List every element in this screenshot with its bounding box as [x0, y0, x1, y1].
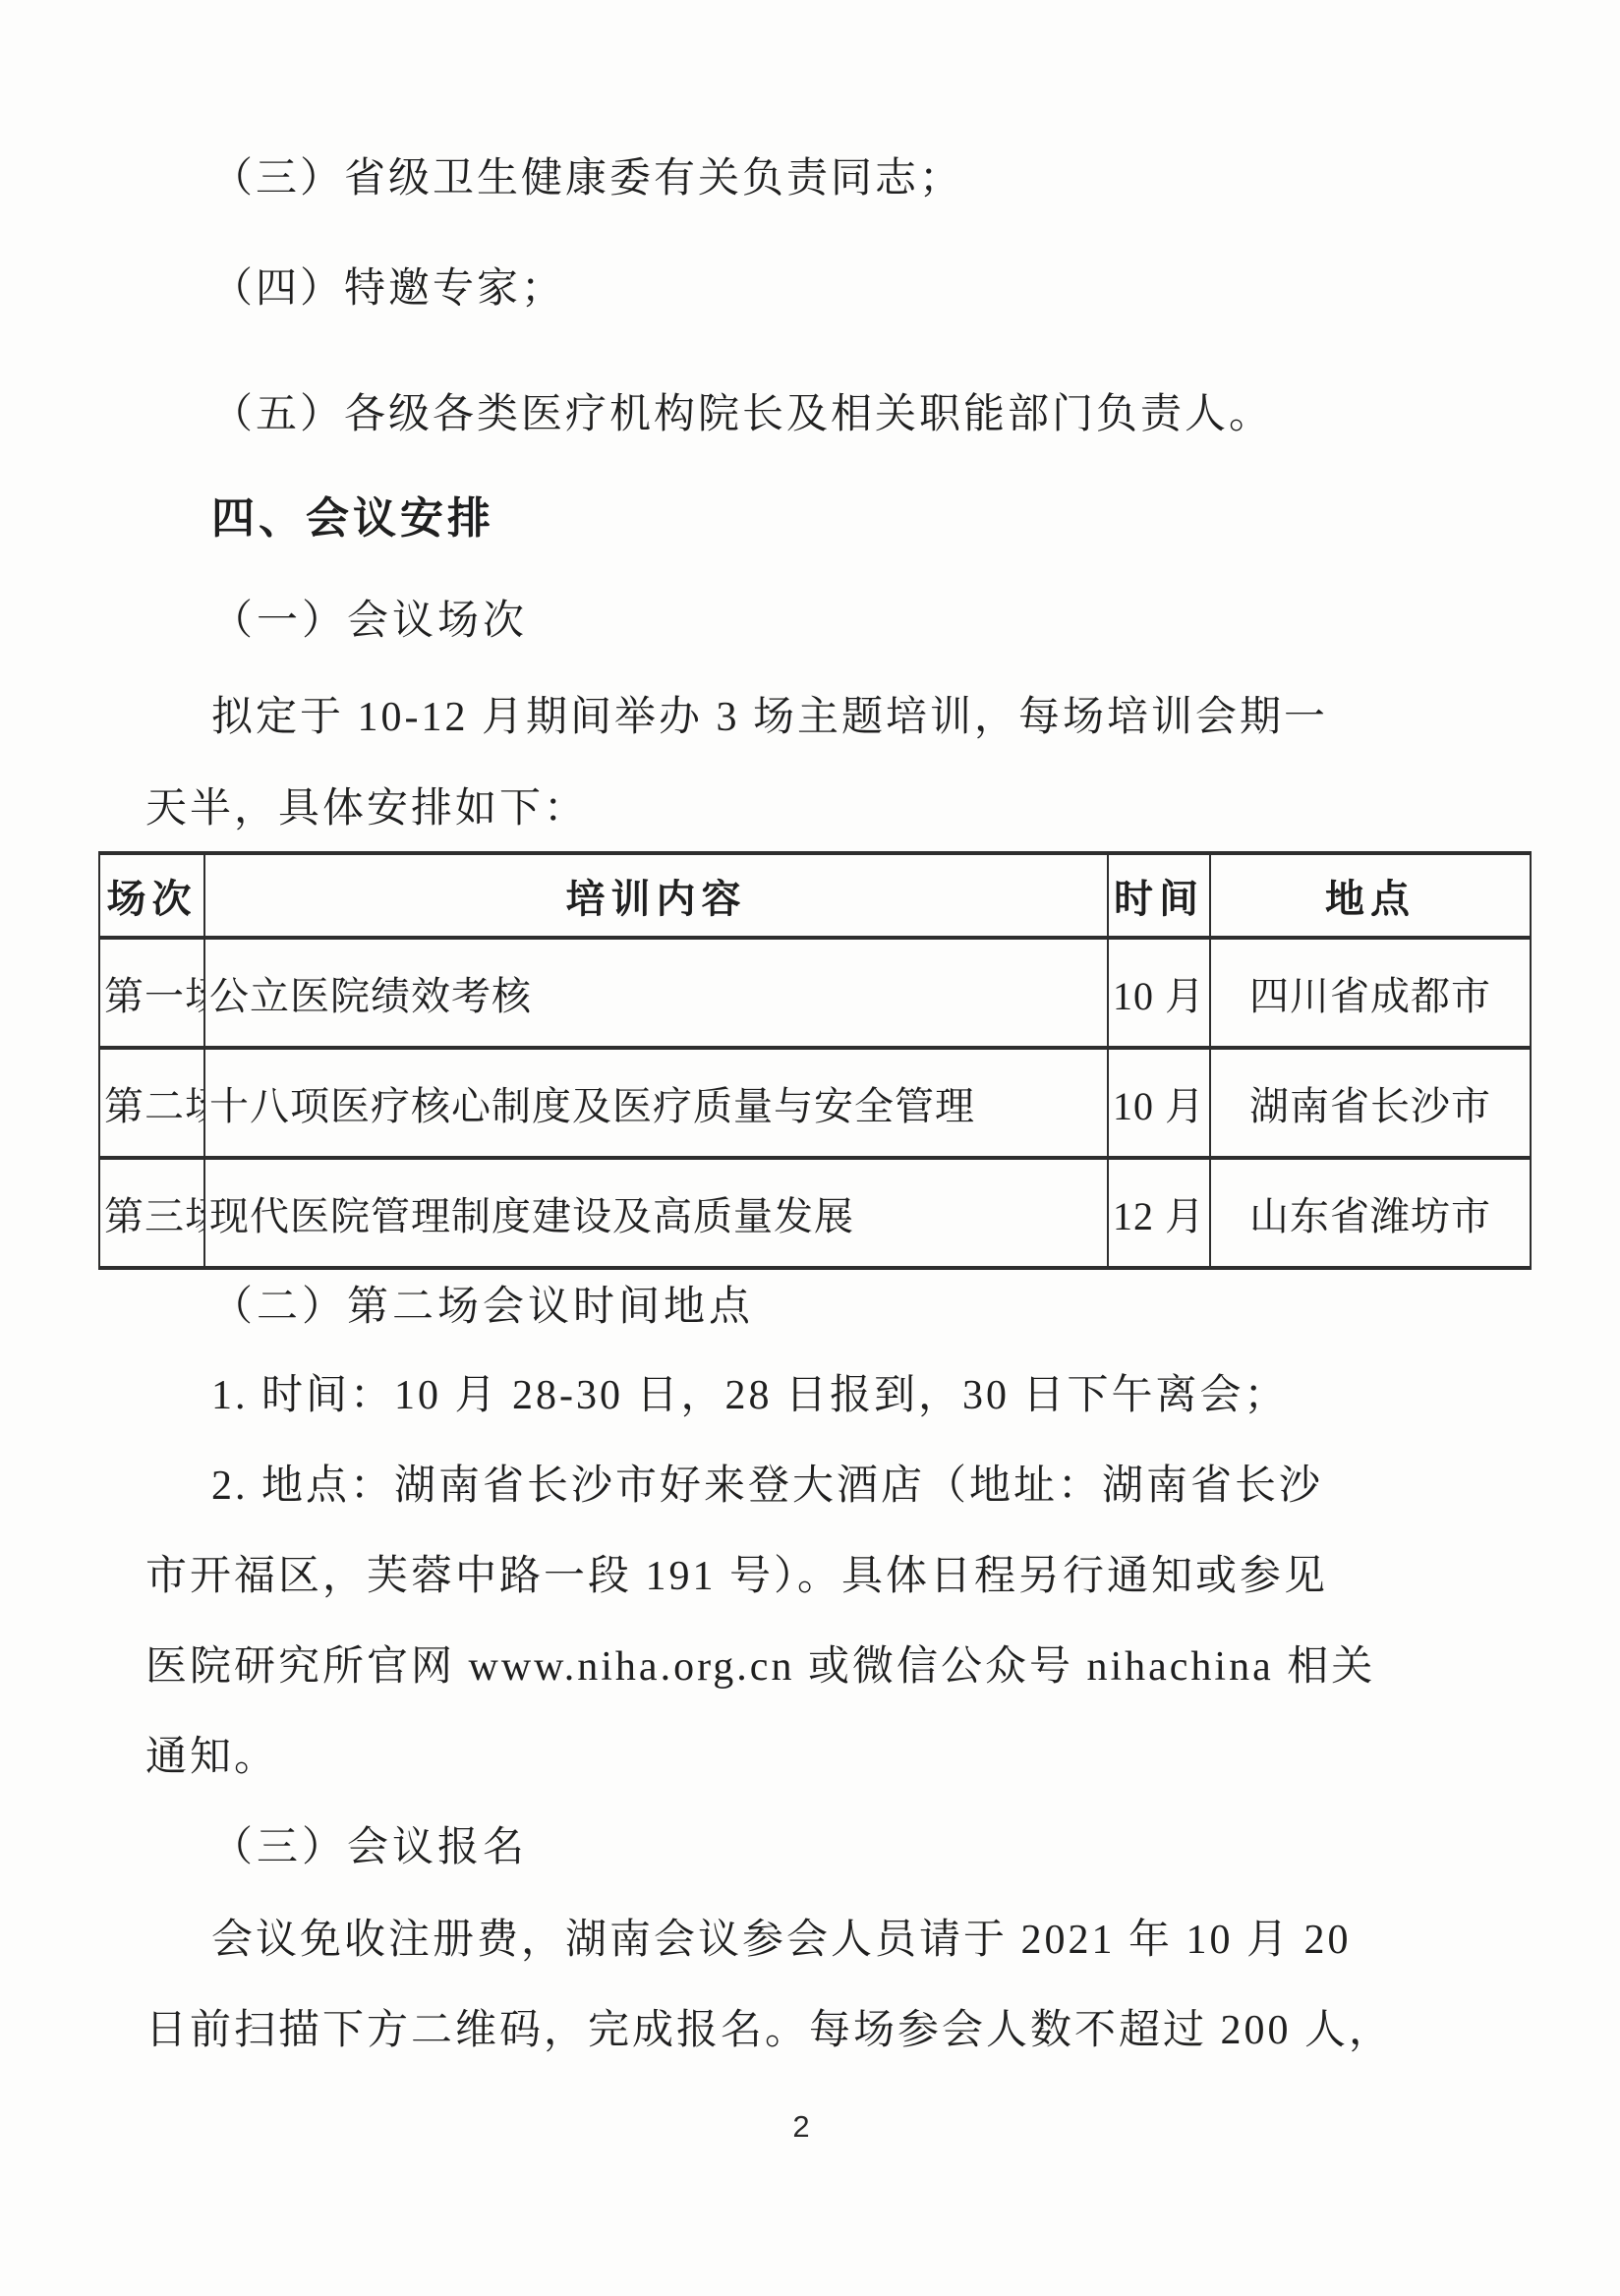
- session2-place-line-3: 医院研究所官网 www.niha.org.cn 或微信公众号 nihachina…: [145, 1637, 1375, 1696]
- cell-location: 山东省潍坊市: [1210, 1158, 1531, 1268]
- session2-time-line: 1. 时间：10 月 28-30 日，28 日报到，30 日下午离会；: [211, 1366, 1289, 1425]
- cell-session: 第一场: [99, 938, 204, 1048]
- subsection-heading-sessions: （一）会议场次: [211, 592, 528, 651]
- sessions-paragraph-line-1: 拟定于 10-12 月期间举办 3 场主题培训，每场培训会期一: [211, 688, 1328, 747]
- table-row-session-1: 第一场 公立医院绩效考核 10 月 四川省成都市: [99, 938, 1531, 1048]
- subsection-heading-session2-time-place: （二）第二场会议时间地点: [211, 1278, 754, 1337]
- column-header-session: 场次: [99, 853, 204, 938]
- registration-paragraph-line-2: 日前扫描下方二维码，完成报名。每场参会人数不超过 200 人，: [145, 2001, 1393, 2060]
- column-header-time: 时间: [1108, 853, 1210, 938]
- document-page: （三）省级卫生健康委有关负责同志； （四）特邀专家； （五）各级各类医疗机构院长…: [0, 0, 1620, 2296]
- training-schedule-table: 场次 培训内容 时间 地点 第一场 公立医院绩效考核 10 月 四川省成都市 第…: [98, 851, 1532, 1270]
- registration-paragraph-line-1: 会议免收注册费，湖南会议参会人员请于 2021 年 10 月 20: [211, 1911, 1352, 1970]
- cell-time: 10 月: [1108, 938, 1210, 1048]
- cell-session: 第二场: [99, 1048, 204, 1158]
- table-row-session-3: 第三场 现代医院管理制度建设及高质量发展 12 月 山东省潍坊市: [99, 1158, 1531, 1268]
- column-header-content: 培训内容: [204, 853, 1108, 938]
- attendee-item-5: （五）各级各类医疗机构院长及相关职能部门负责人。: [211, 385, 1273, 444]
- column-header-location: 地点: [1210, 853, 1531, 938]
- session2-place-line-2: 市开福区，芙蓉中路一段 191 号）。具体日程另行通知或参见: [145, 1547, 1328, 1606]
- session2-place-line-1: 2. 地点：湖南省长沙市好来登大酒店（地址：湖南省长沙: [211, 1457, 1323, 1516]
- page-number: 2: [0, 2109, 1602, 2145]
- cell-content: 现代医院管理制度建设及高质量发展: [204, 1158, 1108, 1268]
- cell-session: 第三场: [99, 1158, 204, 1268]
- cell-location: 湖南省长沙市: [1210, 1048, 1531, 1158]
- table-row-session-2: 第二场 十八项医疗核心制度及医疗质量与安全管理 10 月 湖南省长沙市: [99, 1048, 1531, 1158]
- session2-place-line-4: 通知。: [145, 1728, 278, 1787]
- table-header-row: 场次 培训内容 时间 地点: [99, 853, 1531, 938]
- attendee-item-3: （三）省级卫生健康委有关负责同志；: [211, 149, 963, 208]
- section-heading-meeting-arrangement: 四、会议安排: [211, 489, 494, 548]
- cell-time: 10 月: [1108, 1048, 1210, 1158]
- cell-time: 12 月: [1108, 1158, 1210, 1268]
- cell-content: 公立医院绩效考核: [204, 938, 1108, 1048]
- subsection-heading-registration: （三）会议报名: [211, 1818, 528, 1877]
- cell-content: 十八项医疗核心制度及医疗质量与安全管理: [204, 1048, 1108, 1158]
- attendee-item-4: （四）特邀专家；: [211, 259, 565, 318]
- cell-location: 四川省成都市: [1210, 938, 1531, 1048]
- sessions-paragraph-line-2: 天半，具体安排如下：: [145, 779, 588, 838]
